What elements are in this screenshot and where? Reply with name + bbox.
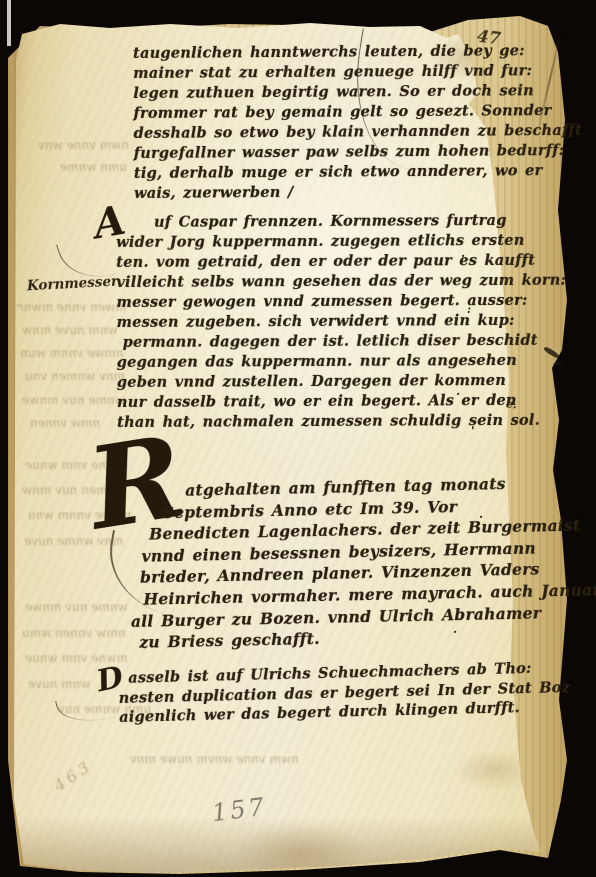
paragraph-2: uf Caspar frennzen. Kornmessers furtrag …	[116, 211, 567, 433]
ink-speck: :	[467, 303, 471, 316]
bleedthrough-line: mwen vnne mwnr	[18, 300, 127, 314]
ink-speck: '	[471, 424, 475, 438]
bleedthrough-line: wnm nuve	[28, 677, 91, 691]
bleedthrough-line: wnme nuv mnwe	[22, 393, 125, 407]
paragraph-3: atgehalten am funfften tag monats Septem…	[128, 471, 596, 654]
text-line: nur dasselb trait, wo er ein begert. Als…	[117, 391, 567, 413]
manuscript-scan: nwm vnne wnv umn wnme mwen vnne mwnr wnm…	[0, 0, 596, 877]
ink-speck: .	[479, 507, 483, 521]
ink-speck: .	[453, 622, 457, 636]
bleedthrough-line: nmw vnnen wmu	[22, 626, 125, 640]
text-line: than hat, nachmalen zumessen schuldig se…	[117, 411, 567, 433]
bleedthrough-line: nwm vnne wnv	[38, 138, 129, 152]
text-line: geben vnnd zustellen. Dargegen der komme…	[117, 371, 567, 393]
paragraph-1: taugenlichen hanntwerchs leuten, die bey…	[133, 41, 582, 204]
text-line: messer gewogen vnnd zumessen begert. aus…	[116, 291, 566, 313]
ink-speck: .	[456, 384, 460, 398]
bleedthrough-line: mnv wnmen vnu	[25, 369, 125, 383]
bleedthrough-line: nmwe vnnm wun	[20, 346, 123, 360]
bleedthrough-line: nwm vnne wnvm nuwe mnv	[130, 752, 299, 766]
scanner-edge-sliver	[7, 0, 11, 46]
text-line: permann. dagegen der ist. letlich diser …	[123, 331, 567, 353]
bleedthrough-line: umn wnme	[60, 160, 127, 174]
paragraph-4: asselb ist auf Ulrichs Schuechmachers ab…	[118, 658, 571, 728]
bleedthrough-line: wnm nuve mnw	[22, 323, 118, 337]
text-line: uf Caspar frennzen. Kornmessers furtrag	[154, 211, 566, 233]
text-line: villeicht selbs wann gesehen das der weg…	[116, 271, 566, 293]
text-line: wais, zuerwerben /	[134, 181, 582, 204]
text-line: gegangen das kuppermann. nur als angeseh…	[117, 351, 567, 373]
text-line: wider Jorg kuppermann. zugegen etlichs e…	[116, 231, 566, 253]
bleedthrough-line: wnme nuv mnwe	[25, 600, 128, 614]
text-line: messen zugeben. sich verwidert vnnd ein …	[117, 311, 567, 333]
ink-speck: e.	[505, 397, 517, 411]
text-line: ten. vom getraid, den er oder der paur e…	[116, 251, 566, 273]
ink-speck: .	[461, 246, 465, 260]
